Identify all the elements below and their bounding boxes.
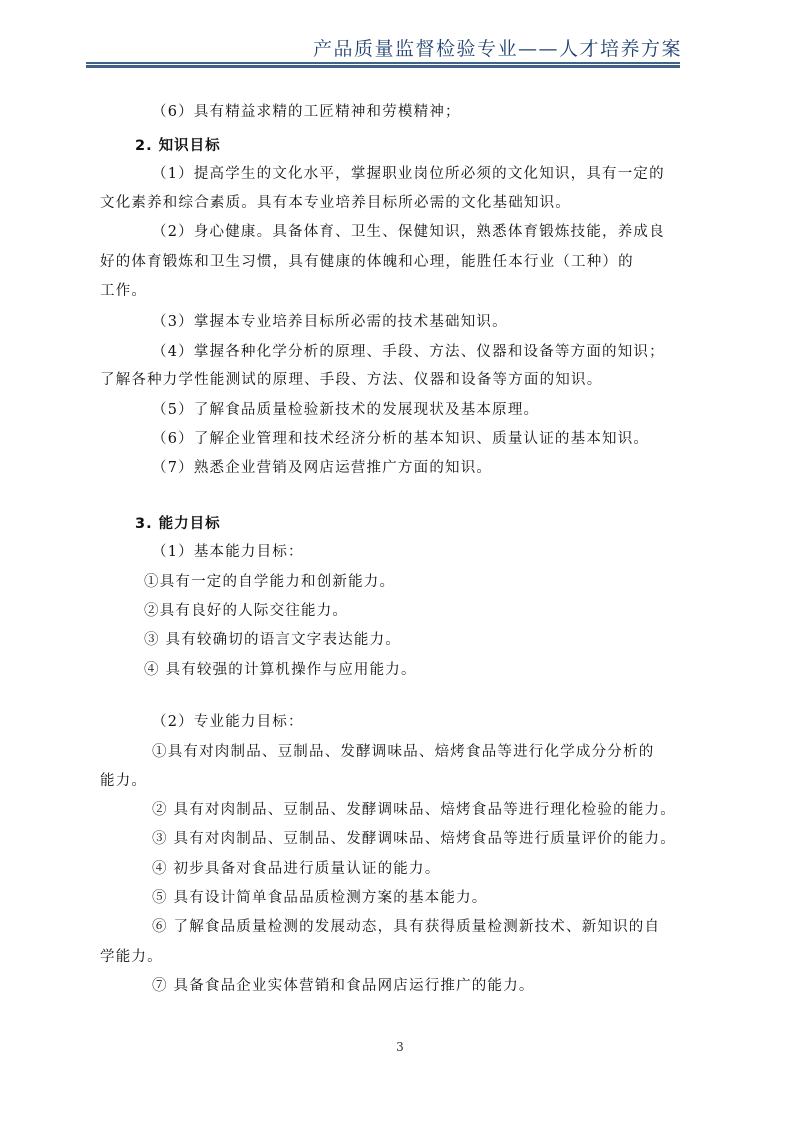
paragraph-line: （5）了解食品质量检验新技术的发展现状及基本原理。 [152,398,539,419]
document-header-title: 产品质量监督检验专业——人才培养方案 [313,34,682,61]
paragraph-line: ⑥ 了解食品质量检测的发展动态，具有获得质量检测新技术、新知识的自 [152,915,660,936]
page-number: 3 [0,1040,800,1054]
paragraph-line: （2）身心健康。具备体育、卫生、保健知识，熟悉体育锻炼技能，养成良 [152,220,665,241]
paragraph-line: ③ 具有较确切的语言文字表达能力。 [144,628,401,649]
paragraph-line: （2）专业能力目标： [152,710,304,731]
paragraph-line: ④ 初步具备对食品进行质量认证的能力。 [152,857,440,878]
paragraph-line: 学能力。 [100,945,163,966]
section-heading: 2. 知识目标 [135,134,221,155]
paragraph-line: 了解各种力学性能测试的原理、手段、方法、仪器和设备等方面的知识。 [100,368,602,389]
paragraph-line: 工作。 [100,279,147,300]
paragraph-line: ④ 具有较强的计算机操作与应用能力。 [144,658,417,679]
paragraph-line: （3）掌握本专业培养目标所必需的技术基础知识。 [152,310,508,331]
paragraph-line: ③ 具有对肉制品、豆制品、发酵调味品、焙烤食品等进行质量评价的能力。 [152,827,676,848]
paragraph-line: ② 具有对肉制品、豆制品、发酵调味品、焙烤食品等进行理化检验的能力。 [152,798,676,819]
paragraph-line: （6）了解企业管理和技术经济分析的基本知识、质量认证的基本知识。 [152,427,649,448]
paragraph-line: ①具有对肉制品、豆制品、发酵调味品、焙烤食品等进行化学成分分析的 [152,740,654,761]
paragraph-line: 能力。 [100,769,147,790]
paragraph-line: 好的体育锻炼和卫生习惯，具有健康的体魄和心理，能胜任本行业（工种）的 [100,250,634,271]
paragraph-line: 文化素养和综合素质。具有本专业培养目标所必需的文化基础知识。 [100,191,571,212]
paragraph-line: （6）具有精益求精的工匠精神和劳模精神； [152,100,461,121]
paragraph-line: （4）掌握各种化学分析的原理、手段、方法、仪器和设备等方面的知识； [152,340,665,361]
paragraph-line: ⑤ 具有设计简单食品品质检测方案的基本能力。 [152,886,488,907]
paragraph-line: （1）提高学生的文化水平，掌握职业岗位所必须的文化知识，具有一定的 [152,162,665,183]
header-divider-thin [86,62,680,64]
header-divider [86,62,680,68]
section-heading: 3. 能力目标 [135,512,221,533]
paragraph-line: （7）熟悉企业营销及网店运营推广方面的知识。 [152,456,492,477]
paragraph-line: （1）基本能力目标： [152,540,304,561]
paragraph-line: ①具有一定的自学能力和创新能力。 [144,570,395,591]
paragraph-line: ⑦ 具备食品企业实体营销和食品网店运行推广的能力。 [152,974,535,995]
paragraph-line: ②具有良好的人际交往能力。 [144,599,348,620]
header-divider-thick [86,65,680,68]
